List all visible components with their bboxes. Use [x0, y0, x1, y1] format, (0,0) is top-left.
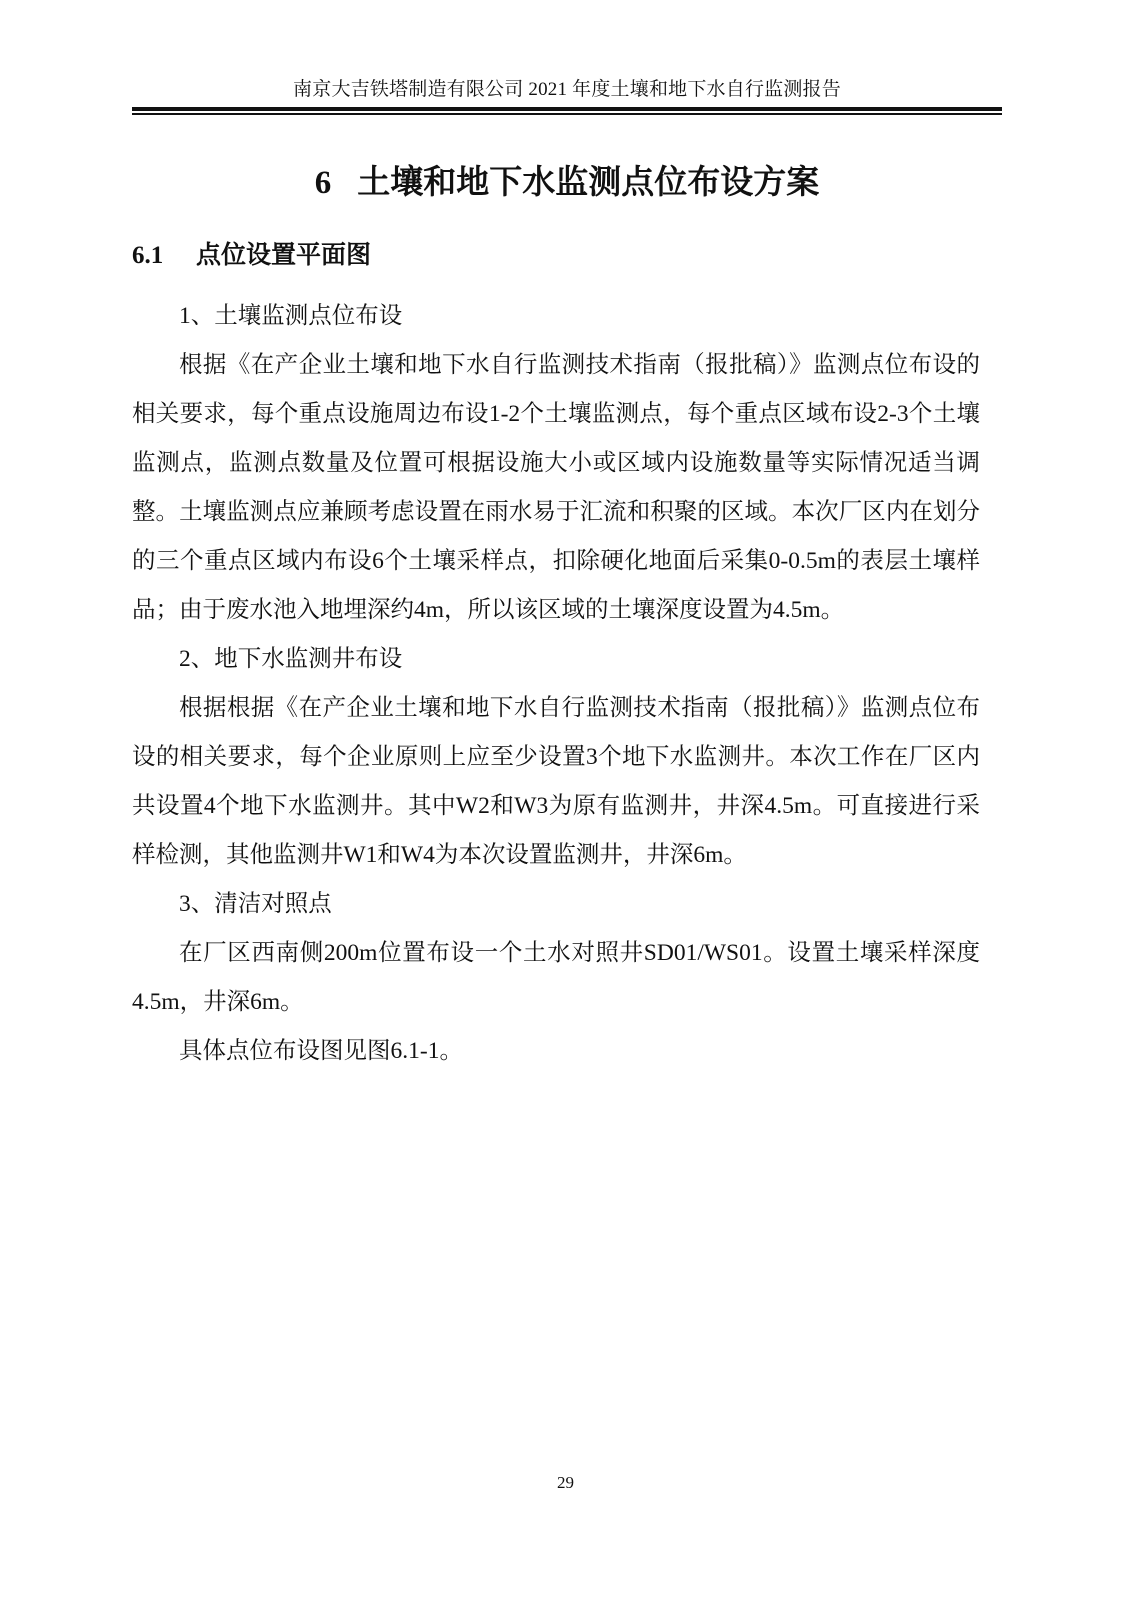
header-rule-thin	[132, 113, 1002, 115]
section-title: 6.1点位设置平面图	[132, 236, 371, 276]
subheading-control-point: 3、清洁对照点	[132, 880, 980, 929]
page-number: 29	[0, 1472, 1131, 1494]
header-double-rule	[132, 107, 1002, 116]
section-title-text: 点位设置平面图	[196, 242, 371, 269]
header-rule-thick	[132, 107, 1002, 111]
chapter-title: 6土壤和地下水监测点位布设方案	[132, 160, 1002, 206]
running-header: 南京大吉铁塔制造有限公司 2021 年度土壤和地下水自行监测报告	[132, 78, 1002, 102]
paragraph-soil-points: 根据《在产企业土壤和地下水自行监测技术指南（报批稿）》监测点位布设的相关要求，每…	[132, 341, 980, 635]
subheading-groundwater-wells: 2、地下水监测井布设	[132, 635, 980, 684]
chapter-number: 6	[315, 165, 332, 201]
paragraph-groundwater-wells: 根据根据《在产企业土壤和地下水自行监测技术指南（报批稿）》监测点位布设的相关要求…	[132, 684, 980, 880]
paragraph-figure-reference: 具体点位布设图见图6.1-1。	[132, 1027, 980, 1076]
section-number: 6.1	[132, 236, 196, 276]
paragraph-control-point: 在厂区西南侧200m位置布设一个土水对照井SD01/WS01。设置土壤采样深度4…	[132, 929, 980, 1027]
body-text: 1、土壤监测点位布设 根据《在产企业土壤和地下水自行监测技术指南（报批稿）》监测…	[132, 292, 980, 1076]
subheading-soil-points: 1、土壤监测点位布设	[132, 292, 980, 341]
chapter-title-text: 土壤和地下水监测点位布设方案	[357, 165, 819, 201]
